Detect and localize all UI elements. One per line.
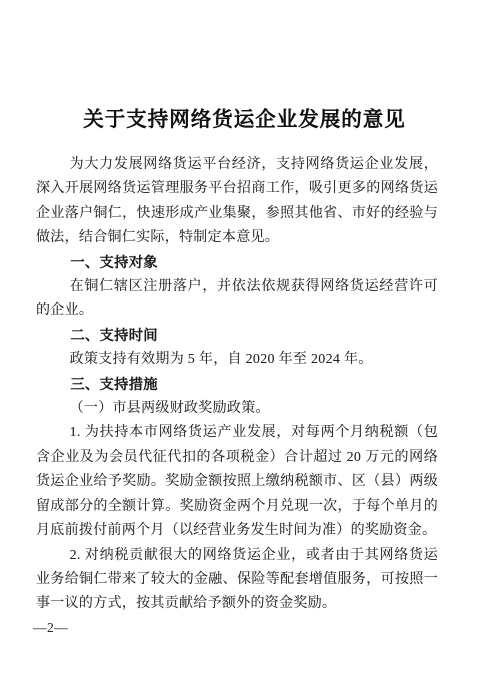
- paragraph-heading: 三、支持措施: [36, 373, 438, 397]
- paragraph-heading: 一、支持对象: [36, 251, 438, 275]
- page-number: —2—: [33, 620, 68, 636]
- document-title: 关于支持网络货运企业发展的意见: [0, 102, 489, 132]
- paragraph-body: 为大力发展网络货运平台经济，支持网络货运企业发展，深入开展网络货运管理服务平台招…: [36, 153, 438, 251]
- scanned-document-page: 关于支持网络货运企业发展的意见 为大力发展网络货运平台经济，支持网络货运企业发展…: [0, 0, 489, 700]
- paragraph-body: 1. 为扶持本市网络货运产业发展，对每两个月纳税额（包含企业及为会员代征代扣的各…: [36, 421, 438, 543]
- paragraph-subheading: （一）市县两级财政奖励政策。: [36, 397, 438, 421]
- paragraph-heading: 二、支持时间: [36, 324, 438, 348]
- paragraph-body: 政策支持有效期为 5 年，自 2020 年至 2024 年。: [36, 348, 438, 372]
- document-body: 为大力发展网络货运平台经济，支持网络货运企业发展，深入开展网络货运管理服务平台招…: [36, 153, 438, 617]
- paragraph-body: 2. 对纳税贡献很大的网络货运企业，或者由于其网络货运业务给铜仁带来了较大的金融…: [36, 544, 438, 617]
- paragraph-body: 在铜仁辖区注册落户，并依法依规获得网络货运经营许可的企业。: [36, 275, 438, 324]
